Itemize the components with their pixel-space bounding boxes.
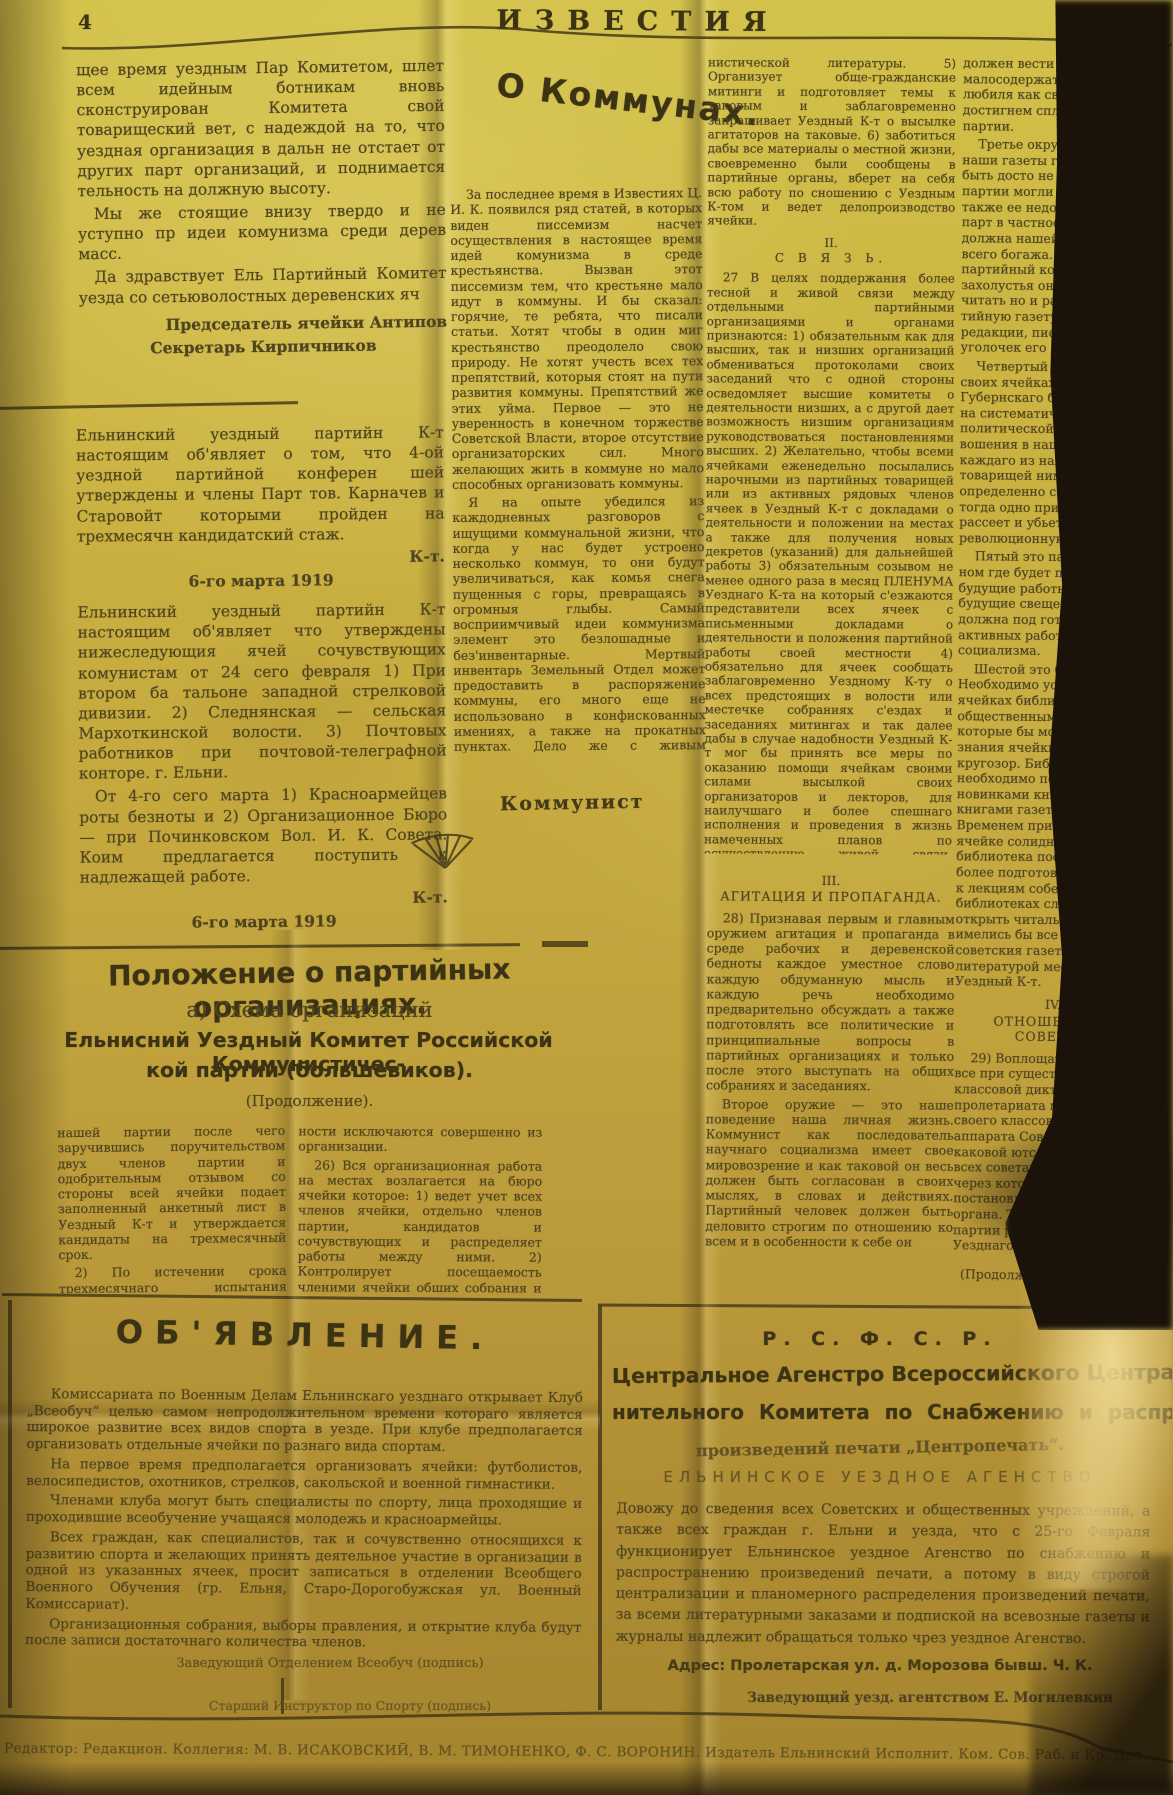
paragraph: Комиссариата по Военным Делам Ельнинскаг… bbox=[26, 1386, 582, 1457]
paragraph: 27 В целях поддержания более тесной и жи… bbox=[704, 271, 955, 855]
signature-secretary: Секретарь Кирпичников bbox=[79, 335, 447, 360]
paragraph: На первое время предполагается организов… bbox=[26, 1456, 582, 1493]
paragraph: 29) Воплощать в жизнь все при существова… bbox=[953, 1050, 1151, 1257]
paragraph: Четвертый это теоритичес своих ячейках. … bbox=[959, 358, 1157, 547]
paragraph: Пятый это партийная шко ном где будет по… bbox=[958, 549, 1155, 660]
polozhenie-subtitle-b2: кой партии (большевиков). bbox=[22, 1058, 597, 1082]
rsfsr-address: Адрес: Пролетарская ул. д. Морозова бывш… bbox=[640, 1658, 1120, 1674]
section-title-svyaz: С В Я З Ь. bbox=[707, 250, 955, 266]
paragraph: 26) Вся организационная работа на местах… bbox=[298, 1157, 543, 1293]
paragraph: должен вести себя так его малосодержател… bbox=[963, 55, 1160, 135]
notice-date: 6-го марта 1919 bbox=[77, 569, 445, 592]
paragraph: Второе оружие — это наше поведение наша … bbox=[705, 1096, 954, 1250]
notice: Ельнинский уездный партийн К-т настоящим… bbox=[76, 422, 445, 546]
rsfsr-title: Р. С. Ф. С. Р. bbox=[640, 1328, 1120, 1350]
paragraph: Да здравствует Ель Партийный Комитет уез… bbox=[78, 263, 446, 308]
section-number: III. bbox=[707, 872, 955, 889]
notice-signature: К-т. bbox=[77, 546, 445, 569]
rsfsr-body: Довожу до сведения всех Советских и обще… bbox=[616, 1499, 1151, 1654]
polozhenie-continuation: (Продолжение). bbox=[22, 1092, 597, 1110]
paragraph: 2) По истечении срока трехмесячнаго испы… bbox=[59, 1263, 287, 1293]
signature-chairman: Председатель ячейки Антипов bbox=[79, 311, 447, 336]
paragraph: Членами клуба могут быть специалисты по … bbox=[26, 1492, 582, 1529]
rsfsr-left-border bbox=[598, 1305, 602, 1710]
ornament-icon bbox=[401, 827, 488, 873]
polozhenie-left-column: нашей партии после чего заручившись пору… bbox=[57, 1123, 287, 1293]
rsfsr-heading-line2: нительного Комитета по Снабжению и распр… bbox=[612, 1400, 1172, 1424]
column-1-lower: Ельнинский уездный партийн К-т настоящим… bbox=[76, 422, 448, 939]
column-3-lower: III. АГИТАЦИЯ И ПРОПАГАНДА. 28) Признава… bbox=[705, 865, 955, 1294]
paragraph: За последнее время в Известиях Ц. И. К. … bbox=[450, 185, 704, 492]
paragraph: Шестой это библиотеки. Необходимо устрои… bbox=[955, 661, 1154, 991]
paragraph: Всех граждан, как специалистов, так и со… bbox=[25, 1529, 582, 1617]
paragraph: Организационныя собрания, выборы правлен… bbox=[25, 1616, 581, 1653]
paragraph: 28) Признавая первым и главным оружием а… bbox=[706, 910, 955, 1094]
newspaper-page: 4 ИЗВЕСТИЯ щее время уездным Пар Комитет… bbox=[0, 0, 1173, 1795]
paragraph: нашей партии после чего заручившись пору… bbox=[57, 1123, 286, 1263]
notice-signature: К-т. bbox=[80, 887, 448, 910]
column-4: должен вести себя так его малосодержател… bbox=[953, 55, 1159, 1257]
paragraph: Третье окружим ное слово наши газеты газ… bbox=[961, 136, 1159, 356]
announcement-body: Комиссариата по Военным Делам Ельнинскаг… bbox=[25, 1386, 583, 1654]
section-rule-dash bbox=[542, 941, 588, 947]
article-communes-body: За последнее время в Известиях Ц. И. К. … bbox=[450, 185, 706, 753]
paragraph: Мы же стоящие внизу твердо и не уступно … bbox=[78, 200, 447, 265]
column-3-upper: нистической литературы. 5) Организует об… bbox=[704, 55, 956, 854]
announcement-left-border bbox=[8, 1300, 12, 1708]
section-title-soviets: ОТНОШЕНИЕ К СОВЕТАМ bbox=[955, 1013, 1151, 1046]
paragraph: щее время уездным Пар Комитетом, шлет вс… bbox=[76, 56, 446, 201]
column-1-upper: щее время уездным Пар Комитетом, шлет вс… bbox=[76, 56, 448, 404]
paragraph: Я на опыте убедился из каждодневных разг… bbox=[452, 493, 706, 753]
notice-date: 6-го марта 1919 bbox=[80, 911, 448, 934]
notice: Ельнинский уездный партийн К-т настоящим… bbox=[77, 600, 447, 784]
polozhenie-right-column: ности исключаются совершенно из организа… bbox=[298, 1123, 543, 1292]
section-title-agitation: АГИТАЦИЯ И ПРОПАГАНДА. bbox=[707, 889, 955, 906]
rsfsr-heading-line1: Центральное Агенстро Всероссийского Цент… bbox=[612, 1360, 1172, 1388]
rsfsr-agency-name: ЕЛЬНИНСКОЕ УЕЗДНОЕ АГЕНСТВО bbox=[620, 1468, 1140, 1486]
section-number: IV. bbox=[955, 996, 1151, 1013]
section-number: II. bbox=[707, 235, 955, 251]
article-signature: Коммунист bbox=[500, 791, 645, 816]
polozhenie-subtitle-a: а) Схема организаций bbox=[22, 998, 597, 1022]
paragraph: ности исключаются совершенно из организа… bbox=[298, 1123, 542, 1155]
paragraph: нистической литературы. 5) Организует об… bbox=[707, 55, 956, 229]
announcement-signature-1: Заведующий Отделением Всеобуч (подпись) bbox=[120, 1656, 540, 1671]
notice: От 4-го сего марта 1) Красноармейцев рот… bbox=[79, 784, 448, 888]
